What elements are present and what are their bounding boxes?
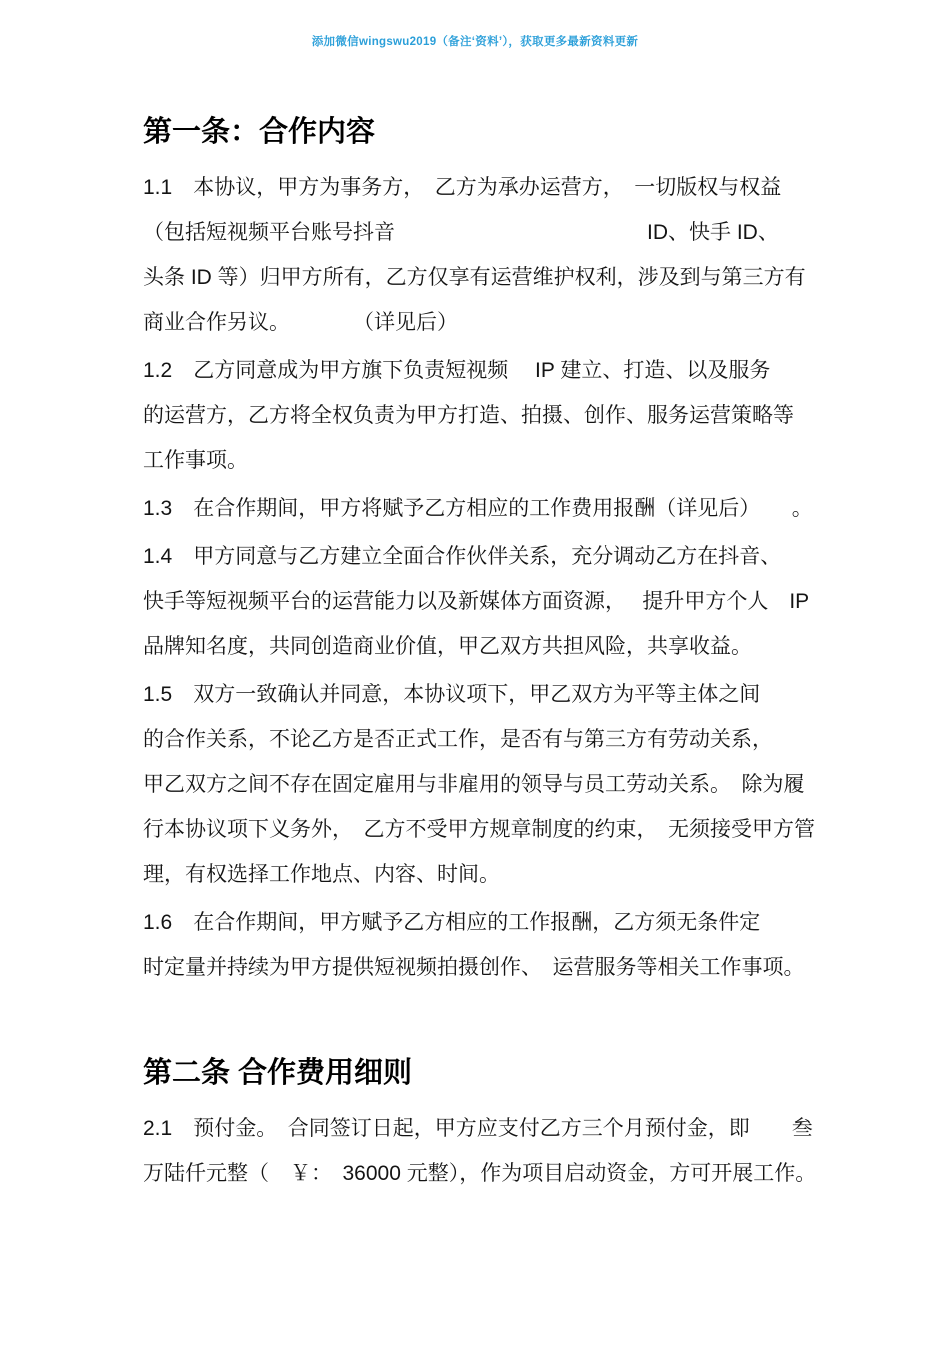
paragraph-line: 万陆仟元整（ ￥： 36000 元整），作为项目启动资金，方可开展工作。 bbox=[143, 1151, 818, 1196]
paragraph-line: 商业合作另议。 （详见后） bbox=[143, 300, 818, 345]
paragraph-line: 1.1 本协议，甲方为事务方， 乙方为承办运营方， 一切版权与权益 bbox=[143, 165, 818, 210]
document-page: 添加微信wingswu2019（备注‘资料’），获取更多最新资料更新 第一条：合… bbox=[0, 0, 950, 1345]
paragraph: 2.1 预付金。 合同签订日起，甲方应支付乙方三个月预付金，即 叁万陆仟元整（ … bbox=[143, 1106, 818, 1196]
paragraph-line: 的运营方，乙方将全权负责为甲方打造、拍摄、创作、服务运营策略等 bbox=[143, 393, 818, 438]
paragraph-line: 理，有权选择工作地点、内容、时间。 bbox=[143, 852, 818, 897]
paragraph-line: 品牌知名度，共同创造商业价值，甲乙双方共担风险，共享收益。 bbox=[143, 624, 818, 669]
paragraph-line: （包括短视频平台账号抖音 ID、快手 ID、 bbox=[143, 210, 818, 255]
paragraph-line: 2.1 预付金。 合同签订日起，甲方应支付乙方三个月预付金，即 叁 bbox=[143, 1106, 818, 1151]
paragraph: 1.4 甲方同意与乙方建立全面合作伙伴关系，充分调动乙方在抖音、快手等短视频平台… bbox=[143, 534, 818, 669]
paragraph-line: 甲乙双方之间不存在固定雇用与非雇用的领导与员工劳动关系。 除为履 bbox=[143, 762, 818, 807]
paragraph-line: 时定量并持续为甲方提供短视频拍摄创作、 运营服务等相关工作事项。 bbox=[143, 945, 818, 990]
promo-notice: 添加微信wingswu2019（备注‘资料’），获取更多最新资料更新 bbox=[0, 0, 950, 49]
paragraph: 1.2 乙方同意成为甲方旗下负责短视频 IP 建立、打造、以及服务的运营方，乙方… bbox=[143, 348, 818, 483]
paragraph-line: 1.4 甲方同意与乙方建立全面合作伙伴关系，充分调动乙方在抖音、 bbox=[143, 534, 818, 579]
paragraph: 1.3 在合作期间，甲方将赋予乙方相应的工作费用报酬（详见后） 。 bbox=[143, 486, 818, 531]
paragraph: 1.1 本协议，甲方为事务方， 乙方为承办运营方， 一切版权与权益（包括短视频平… bbox=[143, 165, 818, 345]
section-heading: 第二条 合作费用细则 bbox=[143, 1054, 818, 1092]
paragraph-line: 1.2 乙方同意成为甲方旗下负责短视频 IP 建立、打造、以及服务 bbox=[143, 348, 818, 393]
paragraph-line: 1.3 在合作期间，甲方将赋予乙方相应的工作费用报酬（详见后） 。 bbox=[143, 486, 818, 531]
document-content: 第一条：合作内容1.1 本协议，甲方为事务方， 乙方为承办运营方， 一切版权与权… bbox=[0, 113, 950, 1196]
paragraph-line: 快手等短视频平台的运营能力以及新媒体方面资源， 提升甲方个人 IP bbox=[143, 579, 818, 624]
paragraph-line: 行本协议项下义务外， 乙方不受甲方规章制度的约束， 无须接受甲方管 bbox=[143, 807, 818, 852]
paragraph: 1.5 双方一致确认并同意，本协议项下，甲乙双方为平等主体之间的合作关系，不论乙… bbox=[143, 672, 818, 897]
paragraph: 1.6 在合作期间，甲方赋予乙方相应的工作报酬，乙方须无条件定时定量并持续为甲方… bbox=[143, 900, 818, 990]
paragraph-line: 工作事项。 bbox=[143, 438, 818, 483]
section-heading: 第一条：合作内容 bbox=[143, 113, 818, 151]
paragraph-line: 的合作关系，不论乙方是否正式工作，是否有与第三方有劳动关系， bbox=[143, 717, 818, 762]
paragraph-line: 头条 ID 等）归甲方所有，乙方仅享有运营维护权利，涉及到与第三方有 bbox=[143, 255, 818, 300]
paragraph-line: 1.5 双方一致确认并同意，本协议项下，甲乙双方为平等主体之间 bbox=[143, 672, 818, 717]
paragraph-line: 1.6 在合作期间，甲方赋予乙方相应的工作报酬，乙方须无条件定 bbox=[143, 900, 818, 945]
